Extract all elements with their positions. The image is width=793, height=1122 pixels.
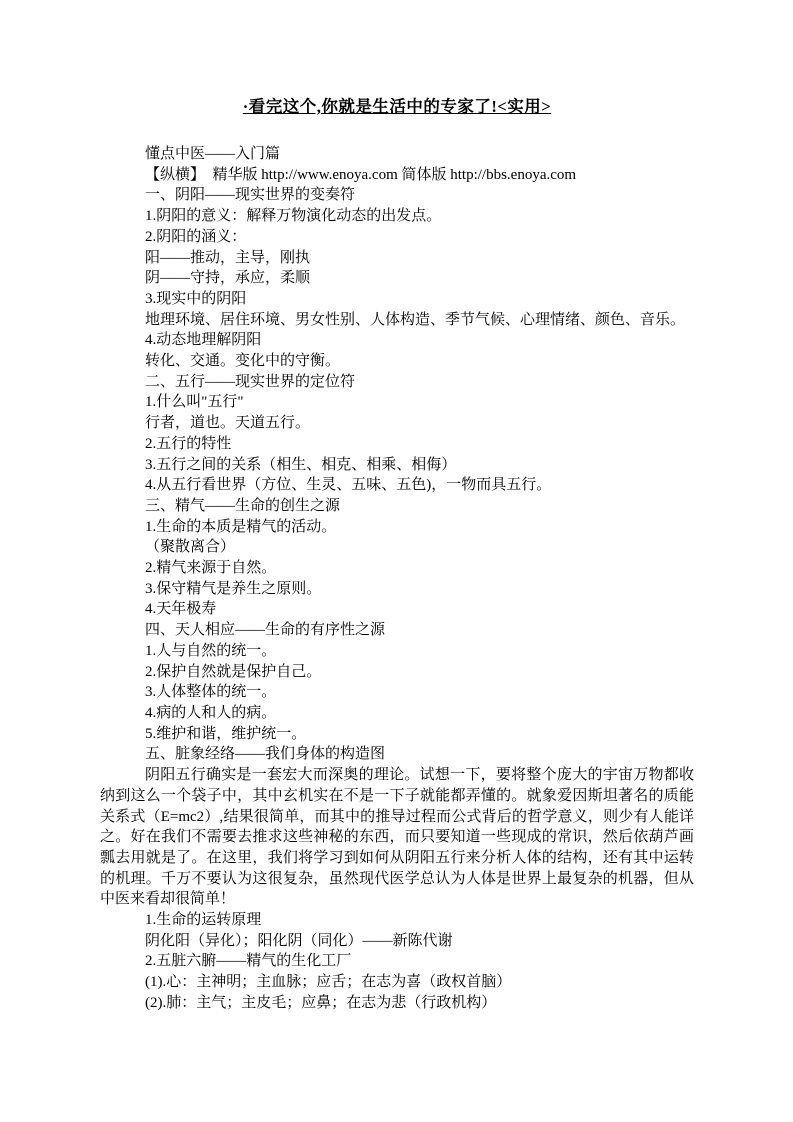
paragraph-line: （聚散离合） [100, 537, 694, 558]
paragraph-line: 2.五行的特性 [100, 434, 694, 455]
paragraph-line: 二、五行——现实世界的定位符 [100, 372, 694, 393]
document-title: ·看完这个,你就是生活中的专家了!<实用> [100, 96, 694, 117]
paragraph-line: 阴——守持，承应，柔顺 [100, 268, 694, 289]
paragraph-line: 阳——推动，主导，刚执 [100, 248, 694, 269]
paragraph-line: 4.从五行看世界（方位、生灵、五味、五色)，一物而具五行。 [100, 475, 694, 496]
paragraph-line: 2.精气来源于自然。 [100, 558, 694, 579]
document-body: 懂点中医——入门篇【纵横】 精华版 http://www.enoya.com 简… [100, 144, 694, 1014]
paragraph-line: 转化、交通。变化中的守衡。 [100, 351, 694, 372]
paragraph-line: 1.人与自然的统一。 [100, 641, 694, 662]
paragraph-line: 5.维护和谐，维护统一。 [100, 724, 694, 745]
paragraph-line: 3.现实中的阴阳 [100, 289, 694, 310]
paragraph-line: (1).心：主神明；主血脉；应舌；在志为喜（政权首脑） [100, 972, 694, 993]
paragraph-line: 一、阴阳——现实世界的变奏符 [100, 185, 694, 206]
paragraph-line: 4.动态地理解阴阳 [100, 330, 694, 351]
paragraph-line: 4.天年极寿 [100, 599, 694, 620]
document-page: ·看完这个,你就是生活中的专家了!<实用> 懂点中医——入门篇【纵横】 精华版 … [0, 0, 793, 1122]
paragraph-line: 3.五行之间的关系（相生、相克、相乘、相侮） [100, 455, 694, 476]
paragraph-line: 四、天人相应——生命的有序性之源 [100, 620, 694, 641]
paragraph-line: 1.什么叫"五行" [100, 392, 694, 413]
paragraph-line: 3.保守精气是养生之原则。 [100, 579, 694, 600]
paragraph-line: 3.人体整体的统一。 [100, 682, 694, 703]
paragraph-line: 2.保护自然就是保护自己。 [100, 662, 694, 683]
paragraph-line: 三、精气——生命的创生之源 [100, 496, 694, 517]
paragraph-line: 【纵横】 精华版 http://www.enoya.com 简体版 http:/… [100, 165, 694, 186]
paragraph-line: 1.生命的运转原理 [100, 910, 694, 931]
paragraph-line: 2.五脏六腑——精气的生化工厂 [100, 951, 694, 972]
paragraph-line: 1.生命的本质是精气的活动。 [100, 517, 694, 538]
paragraph-line: 地理环境、居住环境、男女性别、人体构造、季节气候、心理情绪、颜色、音乐。 [100, 310, 694, 331]
paragraph-line: 2.阴阳的涵义： [100, 227, 694, 248]
paragraph-line: 五、脏象经络——我们身体的构造图 [100, 744, 694, 765]
paragraph-line: 阴化阳（异化）；阳化阴（同化）——新陈代谢 [100, 931, 694, 952]
paragraph-line: 行者，道也。天道五行。 [100, 413, 694, 434]
paragraph-line: 4.病的人和人的病。 [100, 703, 694, 724]
paragraph-line: 1.阴阳的意义：解释万物演化动态的出发点。 [100, 206, 694, 227]
paragraph-line: 阴阳五行确实是一套宏大而深奥的理论。试想一下，要将整个庞大的宇宙万物都收纳到这么… [100, 765, 694, 910]
paragraph-line: (2).肺：主气；主皮毛；应鼻；在志为悲（行政机构） [100, 993, 694, 1014]
paragraph-line: 懂点中医——入门篇 [100, 144, 694, 165]
